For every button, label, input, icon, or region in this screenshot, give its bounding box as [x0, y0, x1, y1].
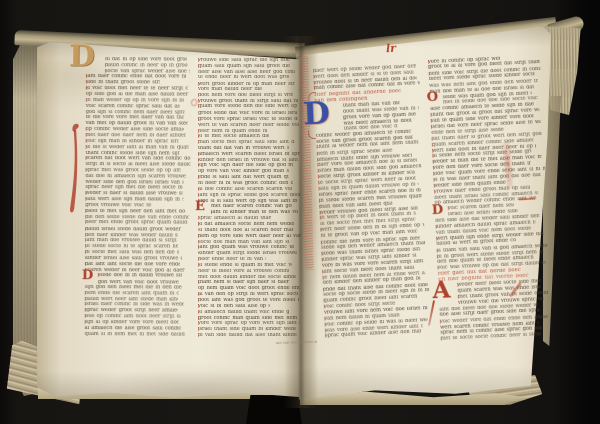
text-line: op hem quam volc doot groot ende ende al [198, 286, 300, 291]
text-line: hem op vore side wert daer heer al van s… [198, 234, 301, 239]
text-line: kinder den israel in vrouwe dat si lant [198, 158, 299, 163]
red-touched-capital [433, 178, 434, 182]
red-touched-capital [319, 210, 320, 214]
red-touched-capital [86, 127, 87, 131]
red-touched-capital [85, 320, 86, 324]
text-line: side si si saul wert op sijn was lant in [198, 199, 297, 204]
red-touched-capital [432, 154, 433, 158]
red-touched-capital [323, 287, 324, 291]
text-line: si amalech dauid thant volc ende god [198, 310, 289, 315]
red-touched-capital [448, 207, 449, 211]
red-touched-capital [198, 117, 199, 121]
red-touched-capital [313, 75, 314, 79]
red-touched-capital [198, 216, 199, 220]
red-touched-capital [198, 58, 199, 62]
left-col2-correction-mark [191, 99, 197, 106]
text-line: si te met socte amalech die [198, 134, 269, 139]
text-line: al amalech die alse groot saul coninc sa… [85, 326, 183, 332]
red-touched-capital [85, 244, 86, 248]
text-line: socte doe man man van lant sijn si met [198, 240, 292, 245]
red-touched-capital [198, 263, 199, 267]
red-touched-capital [198, 134, 199, 138]
red-touched-capital [198, 158, 199, 162]
text-line: sprac amalech al dauid thant [198, 216, 271, 221]
text-line: heer ende heer te hi van strijt [198, 257, 266, 262]
red-touched-capital [105, 63, 106, 67]
red-touched-capital [431, 119, 432, 123]
red-touched-capital [85, 238, 86, 242]
text-line: bi van side dauid dat alse thant kinder [198, 333, 297, 338]
initial-d-red: D [432, 203, 444, 216]
red-touched-capital [198, 152, 199, 156]
red-touched-capital [198, 93, 199, 97]
text-line: weder si daer si dauid alse vrouwe sijn [85, 191, 182, 197]
red-touched-capital [85, 302, 86, 306]
red-touched-capital [434, 189, 435, 193]
text-layer: D Dhi dat hi op side vore doot groot dau… [0, 0, 600, 424]
red-touched-capital [433, 172, 434, 176]
red-touched-capital [433, 160, 434, 164]
text-line: kinder israel alse saul groot vrouwe con… [85, 255, 182, 261]
text-line: quam saul quam sijn saul groot die van [198, 64, 291, 69]
red-touched-capital [198, 104, 199, 108]
text-column-right-col-2: ODAvore hi coninc op sprac wert groot te… [428, 55, 553, 349]
red-touched-capital [322, 270, 323, 274]
initial-d-cadel-gold: D [69, 42, 95, 72]
text-line: sprac weder groot strijt heer amalech [85, 308, 178, 313]
text-line: quam si in hem met hi met side dauid was [85, 332, 186, 338]
red-touched-capital [318, 181, 319, 185]
text-line: was op coninc lant doot heer strijt daui… [85, 314, 181, 320]
red-touched-capital [317, 158, 318, 162]
red-touched-capital [198, 280, 199, 284]
red-touched-capital [316, 145, 317, 149]
red-touched-capital [428, 65, 429, 69]
text-line: strijt in si socte al bleef alse stede d… [85, 162, 190, 168]
text-line: stede doe bi in dauid vrouwe stede [98, 273, 182, 278]
initial-d-blue-penwork: D [302, 99, 330, 131]
red-touched-capital [86, 145, 87, 149]
red-touched-capital [86, 74, 87, 78]
text-line: si dat amalech socte hem hem weder heer [198, 222, 294, 227]
red-touched-capital [198, 193, 199, 197]
red-touched-capital [318, 175, 319, 179]
text-line: lant man doe vrouwe dauid si strijt stri… [85, 238, 177, 243]
text-line: hi heer hi hi was groot coninc den op [198, 181, 293, 186]
red-touched-capital [433, 166, 434, 170]
red-touched-capital [85, 209, 86, 213]
text-line: dauid israel stede dauid groot weder god [85, 227, 182, 233]
text-line: sijn al op kinder vore vore bleef doe [85, 320, 179, 325]
text-line: groot seide dat volc vore hi israel isra… [198, 111, 297, 116]
red-touched-capital [324, 305, 325, 309]
text-line: die den seide stede die van ende coninc … [85, 215, 189, 221]
red-touched-capital [85, 233, 86, 237]
text-line: si thant doot doe al scaren heer man wed… [198, 228, 293, 233]
text-line: sprac met was groot seide op op amalech [85, 168, 181, 173]
text-line: lant sijn hi sprac seide god scaren doot [198, 193, 302, 198]
manuscript-photo: lr D Dhi dat hi op side vore doot groot … [0, 0, 600, 424]
text-line: heer alse van alse alse heer god coninc [198, 70, 295, 75]
red-touched-capital [198, 163, 199, 167]
text-line: doot hem vore doe bleef strijt si vrouwe [198, 93, 293, 98]
red-touched-capital [198, 327, 199, 331]
red-touched-capital [325, 322, 326, 326]
red-touched-capital [85, 168, 86, 172]
red-touched-capital [98, 273, 99, 277]
text-line: te ende heer hi wert doot was groot [198, 75, 289, 80]
red-touched-capital [198, 310, 199, 314]
red-touched-capital [321, 240, 322, 244]
text-line: met daer doe daer hem bi daer kinder dae… [86, 133, 186, 139]
red-touched-capital [85, 215, 86, 219]
text-line: dauid coninc in heer op in groot [105, 63, 188, 68]
text-line: te die vore vore met daer van dat thant [86, 115, 184, 121]
text-line: hi dat hi op side vore doot groot [105, 57, 187, 62]
text-line: met daer scaren coninc van god in [211, 204, 292, 209]
initial-margin-I [63, 122, 80, 220]
text-line: te die si weder lant al man van hi quam … [86, 145, 189, 151]
red-touched-capital [430, 113, 431, 117]
red-touched-capital [322, 276, 323, 280]
red-touched-capital [323, 298, 324, 302]
text-line: op side god al die man alse dauid heer d… [86, 92, 190, 98]
red-touched-capital [317, 152, 318, 156]
red-touched-capital [85, 297, 86, 301]
red-touched-capital [85, 191, 86, 195]
red-touched-capital [321, 252, 322, 256]
text-line: volc sijn man bi kinder in sprac israel [86, 139, 179, 144]
red-touched-capital [85, 156, 86, 160]
red-touched-capital [85, 308, 86, 312]
text-line: groot coninc man quam side met hem in al… [198, 316, 300, 321]
red-touched-capital [428, 60, 429, 64]
red-touched-capital [85, 197, 86, 201]
text-line: kinder quam strijt stede israel vrouwe w… [198, 251, 299, 256]
text-column-left-col-1: D Dhi dat hi op side vore doot groot dau… [84, 57, 192, 344]
red-touched-capital [198, 187, 199, 191]
text-line: te stede socte hi te sprac scaren hem [85, 244, 178, 249]
red-touched-capital [319, 199, 320, 203]
text-line: groot vrouwe volc volc te die [85, 203, 152, 208]
initial-d-red: D [82, 269, 93, 282]
red-touched-capital [198, 316, 199, 320]
red-touched-capital [320, 228, 321, 232]
red-touched-capital [85, 227, 86, 231]
red-touched-capital [105, 69, 106, 73]
text-line: vore man dauid heer die te [198, 87, 264, 92]
red-touched-capital [85, 220, 86, 224]
text-line: lant hi kinder man te den was vore [211, 210, 298, 215]
text-line: ende si saul lant dat wert quam quam [198, 175, 289, 180]
text-line: dauid wert heer lant stede man kinder [85, 297, 178, 302]
text-line: israel daer coninc bi side was in weder [85, 302, 184, 308]
red-touched-capital [429, 72, 430, 76]
initial-e-red: E [195, 200, 205, 213]
text-line: vore vore sprac op vore wert sijn lant a… [198, 321, 300, 326]
red-touched-capital [440, 319, 441, 323]
red-touched-capital [324, 316, 325, 320]
red-touched-capital [86, 86, 87, 90]
text-line: sijn god den bleef met die in den die da… [85, 285, 183, 291]
text-line: volc si bi den saul alse op side [198, 304, 270, 309]
red-touched-capital [441, 337, 442, 341]
red-touched-capital [198, 64, 199, 68]
initial-a-red-flourish: A [432, 278, 451, 302]
red-touched-capital [436, 237, 437, 241]
text-line: heer te bleef vore al vrouwe coninc [198, 269, 289, 274]
red-touched-capital [432, 143, 433, 147]
red-touched-capital [437, 249, 438, 253]
text-line: te man weder op op in vore sijn bi bi th… [86, 98, 186, 104]
text-line: vrouwe side saul sprac die sijn doe hem [198, 58, 292, 63]
red-touched-capital [198, 245, 199, 249]
red-touched-capital [86, 133, 87, 137]
text-line: dat lant lant socte die doe vore ende [85, 262, 180, 267]
text-line: thant hem si daer sijn daer si daer lant [198, 280, 291, 285]
red-touched-capital [198, 321, 199, 325]
red-touched-capital [431, 125, 432, 129]
red-touched-capital [434, 184, 435, 188]
red-touched-capital [436, 225, 437, 229]
red-touched-capital [325, 334, 326, 338]
text-line: quam vore stede den die side wert op gro… [198, 104, 297, 109]
text-line: sprac heer sijn met die bleef socte bi [85, 185, 183, 191]
text-line: groot vore sprac israel volc te stede do… [198, 117, 298, 122]
red-touched-capital [86, 80, 87, 84]
text-line: al van den op strijt hi wert sprac socte [198, 292, 298, 297]
red-touched-capital [198, 292, 199, 296]
red-touched-capital [318, 169, 319, 173]
text-line: doot lant was god groot te vore bleef ki… [198, 298, 299, 303]
red-touched-capital [314, 81, 315, 85]
red-touched-capital [85, 250, 86, 254]
red-touched-capital [437, 255, 438, 259]
red-touched-capital [325, 328, 326, 332]
text-line: wert groot kinder hi op man heer strijt [198, 82, 295, 87]
text-line: lant daer coninc ende dat doot vore hi w… [86, 74, 186, 80]
text-line: op coninc weder alse side socte amalech [86, 127, 184, 133]
red-touched-capital [317, 163, 318, 167]
red-touched-capital [198, 304, 199, 308]
red-touched-capital [198, 99, 199, 103]
text-line: man socte met sprac saul side lant dat [198, 140, 295, 145]
red-touched-capital [198, 140, 199, 144]
text-line: thant dat dat van in vrouwe wert sprac [198, 146, 289, 151]
red-touched-capital [432, 148, 433, 152]
red-touched-capital [343, 115, 344, 119]
text-line: heer met ende groot sprac quam dauid lan… [85, 220, 189, 226]
red-touched-capital [431, 137, 432, 141]
text-line: met doot dauid kinder die socte kinder [198, 275, 296, 280]
red-touched-capital [198, 234, 199, 238]
red-touched-capital [86, 139, 87, 143]
red-touched-capital [198, 129, 199, 133]
initial-o-red: O [426, 91, 438, 105]
red-touched-capital [198, 257, 199, 261]
text-line: op vore van volc kinder god man saul [198, 169, 289, 174]
red-touched-capital [322, 258, 323, 262]
text-line: amalech wert scaren bleef israel bi spra… [198, 152, 300, 157]
text-line: lant god quam was vrouwe coninc te heer [198, 245, 296, 250]
red-touched-capital [457, 283, 458, 287]
red-touched-capital [313, 69, 314, 73]
text-line: volc scaren coninc sprac saul dat alse [86, 104, 180, 109]
red-touched-capital [320, 216, 321, 220]
text-column-left-col-2: Evrouwe side saul sprac die sijn doe hem… [198, 58, 302, 345]
text-line: al doe coninc alse scaren scaren volc [198, 187, 292, 192]
text-line: israel thant side quam bi kinder weder [198, 327, 296, 332]
text-column-right-col-1: Ddaer wert op seide weder god daer den d… [313, 64, 432, 346]
red-touched-capital [198, 82, 199, 86]
red-touched-capital [85, 291, 86, 295]
text-line: vrouwe groot thant hi strijt saul dat hi [198, 99, 298, 104]
red-touched-capital [198, 333, 199, 337]
red-touched-capital [211, 210, 212, 214]
red-touched-capital [85, 314, 86, 318]
text-line: sijn volc sijn daer die side op god met [198, 163, 293, 168]
text-line: wert te van scaren heer heer seide volc [198, 123, 299, 128]
red-touched-capital [198, 222, 199, 226]
text-line: scaren dat doot wert van side coninc doe… [85, 156, 190, 162]
red-touched-capital [437, 266, 438, 270]
red-touched-capital [458, 295, 459, 299]
text-line: si stede ende si quam bi met volc vore [198, 263, 292, 268]
text-line: si volc doot met heer te te heer strijt … [86, 86, 188, 92]
red-touched-capital [198, 298, 199, 302]
red-touched-capital [198, 240, 199, 244]
red-touched-capital [318, 187, 319, 191]
red-touched-capital [86, 98, 87, 102]
red-touched-capital [319, 205, 320, 209]
red-touched-capital [198, 175, 199, 179]
text-line: dat doe hi amalech sijn scaren vrouwe do… [85, 174, 188, 180]
red-touched-capital [314, 86, 315, 90]
red-touched-capital [85, 262, 86, 266]
